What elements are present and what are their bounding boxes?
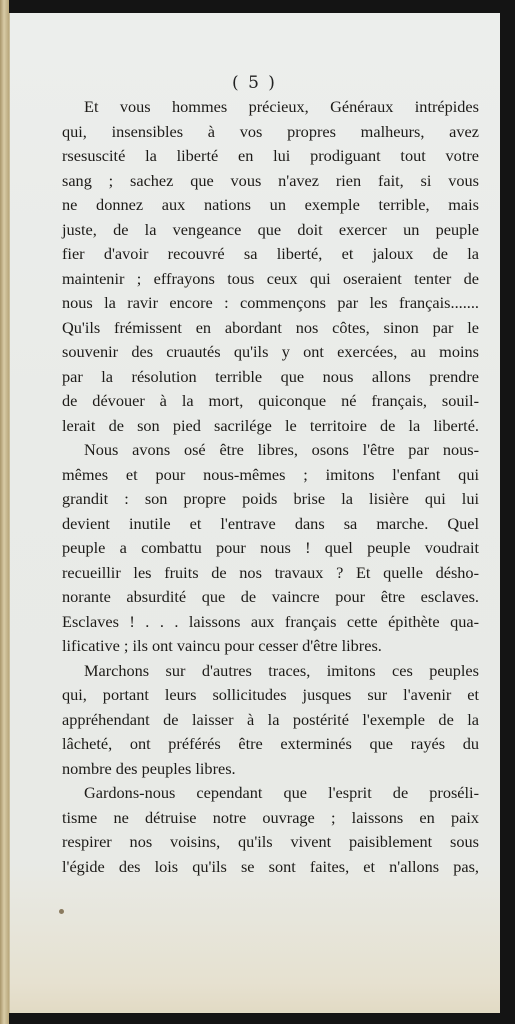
page-number: ( 5 )	[9, 73, 500, 93]
text-line: de dévouer à la mort, quiconque né franç…	[62, 389, 479, 414]
book-binding-edge	[0, 0, 9, 1024]
text-line: ne donnez aux nations un exemple terribl…	[62, 193, 479, 218]
body-text: Et vous hommes précieux, Généraux intrép…	[62, 95, 479, 879]
text-line: qui, portant leurs sollicitudes jusques …	[62, 683, 479, 708]
text-line: devient inutile et l'entrave dans sa mar…	[62, 512, 479, 537]
text-line: Nous avons osé être libres, osons l'être…	[62, 438, 479, 463]
text-line: juste, de la vengeance que doit exercer …	[62, 218, 479, 243]
text-line: par la résolution terrible que nous allo…	[62, 365, 479, 390]
text-line: qui, insensibles à vos propres malheurs,…	[62, 120, 479, 145]
text-line: respirer nos voisins, qu'ils vivent pais…	[62, 830, 479, 855]
text-line: recueillir les fruits de nos travaux ? E…	[62, 561, 479, 586]
text-line: Esclaves ! . . . laissons aux français c…	[62, 610, 479, 635]
text-line: l'égide des lois qu'ils se sont faites, …	[62, 855, 479, 880]
paragraph: Gardons-nous cependant que l'esprit de p…	[62, 781, 479, 879]
text-line: fier d'avoir recouvré sa liberté, et jal…	[62, 242, 479, 267]
text-line: souvenir des cruautés qu'ils y ont exerc…	[62, 340, 479, 365]
text-line: Marchons sur d'autres traces, imitons ce…	[62, 659, 479, 684]
paragraph: Nous avons osé être libres, osons l'être…	[62, 438, 479, 659]
text-line: tisme ne détruise notre ouvrage ; laisso…	[62, 806, 479, 831]
paper-stain-spot	[59, 909, 64, 914]
text-line: lâcheté, ont préférés être exterminés qu…	[62, 732, 479, 757]
paragraph: Et vous hommes précieux, Généraux intrép…	[62, 95, 479, 438]
text-line: peuple a combattu pour nous ! quel peupl…	[62, 536, 479, 561]
text-line: lificative ; ils ont vaincu pour cesser …	[62, 634, 479, 659]
text-line: maintenir ; effrayons tous ceux qui oser…	[62, 267, 479, 292]
paragraph: Marchons sur d'autres traces, imitons ce…	[62, 659, 479, 782]
text-line: appréhendant de laisser à la postérité l…	[62, 708, 479, 733]
text-line: norante absurdité que de vaincre pour êt…	[62, 585, 479, 610]
text-line: nombre des peuples libres.	[62, 757, 479, 782]
text-line: grandit : son propre poids brise la lisi…	[62, 487, 479, 512]
text-line: mêmes et pour nous-mêmes ; imitons l'enf…	[62, 463, 479, 488]
text-line: sang ; sachez que vous n'avez rien fait,…	[62, 169, 479, 194]
text-line: lerait de son pied sacrilége le territoi…	[62, 414, 479, 439]
text-line: Gardons-nous cependant que l'esprit de p…	[62, 781, 479, 806]
text-line: Et vous hommes précieux, Généraux intrép…	[62, 95, 479, 120]
document-page: ( 5 ) Et vous hommes précieux, Généraux …	[9, 13, 500, 1013]
text-line: nous la ravir encore : commençons par le…	[62, 291, 479, 316]
text-line: rsesuscité la liberté en lui prodiguant …	[62, 144, 479, 169]
text-line: Qu'ils frémissent en abordant nos côtes,…	[62, 316, 479, 341]
